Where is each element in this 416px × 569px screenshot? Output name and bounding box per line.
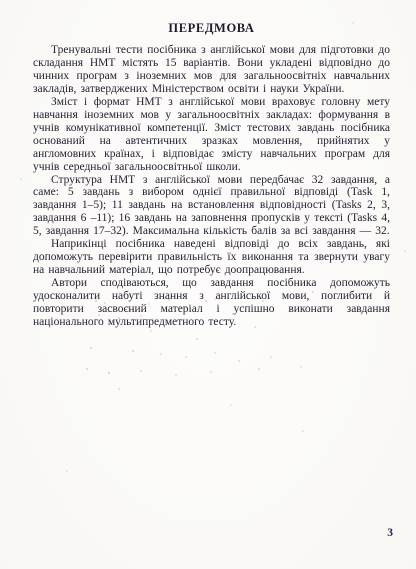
page-number: 3 (387, 527, 393, 539)
scanned-book-page: ПЕРЕДМОВА Тренувальні тести посібника з … (0, 0, 416, 569)
paragraph-1: Тренувальні тести посібника з англійсько… (33, 44, 390, 96)
paragraph-4: Наприкінці посібника наведені відповіді … (33, 238, 390, 277)
scan-noise-specks (0, 0, 2, 2)
paragraph-3: Структура НМТ з англійської мови передба… (33, 174, 390, 239)
page-title: ПЕРЕДМОВА (33, 21, 390, 36)
paragraph-2: Зміст і формат НМТ з англійської мови вр… (33, 96, 390, 174)
text-block: ПЕРЕДМОВА Тренувальні тести посібника з … (33, 21, 390, 329)
paragraph-5: Автори сподіваються, що завдання посібни… (33, 277, 390, 329)
